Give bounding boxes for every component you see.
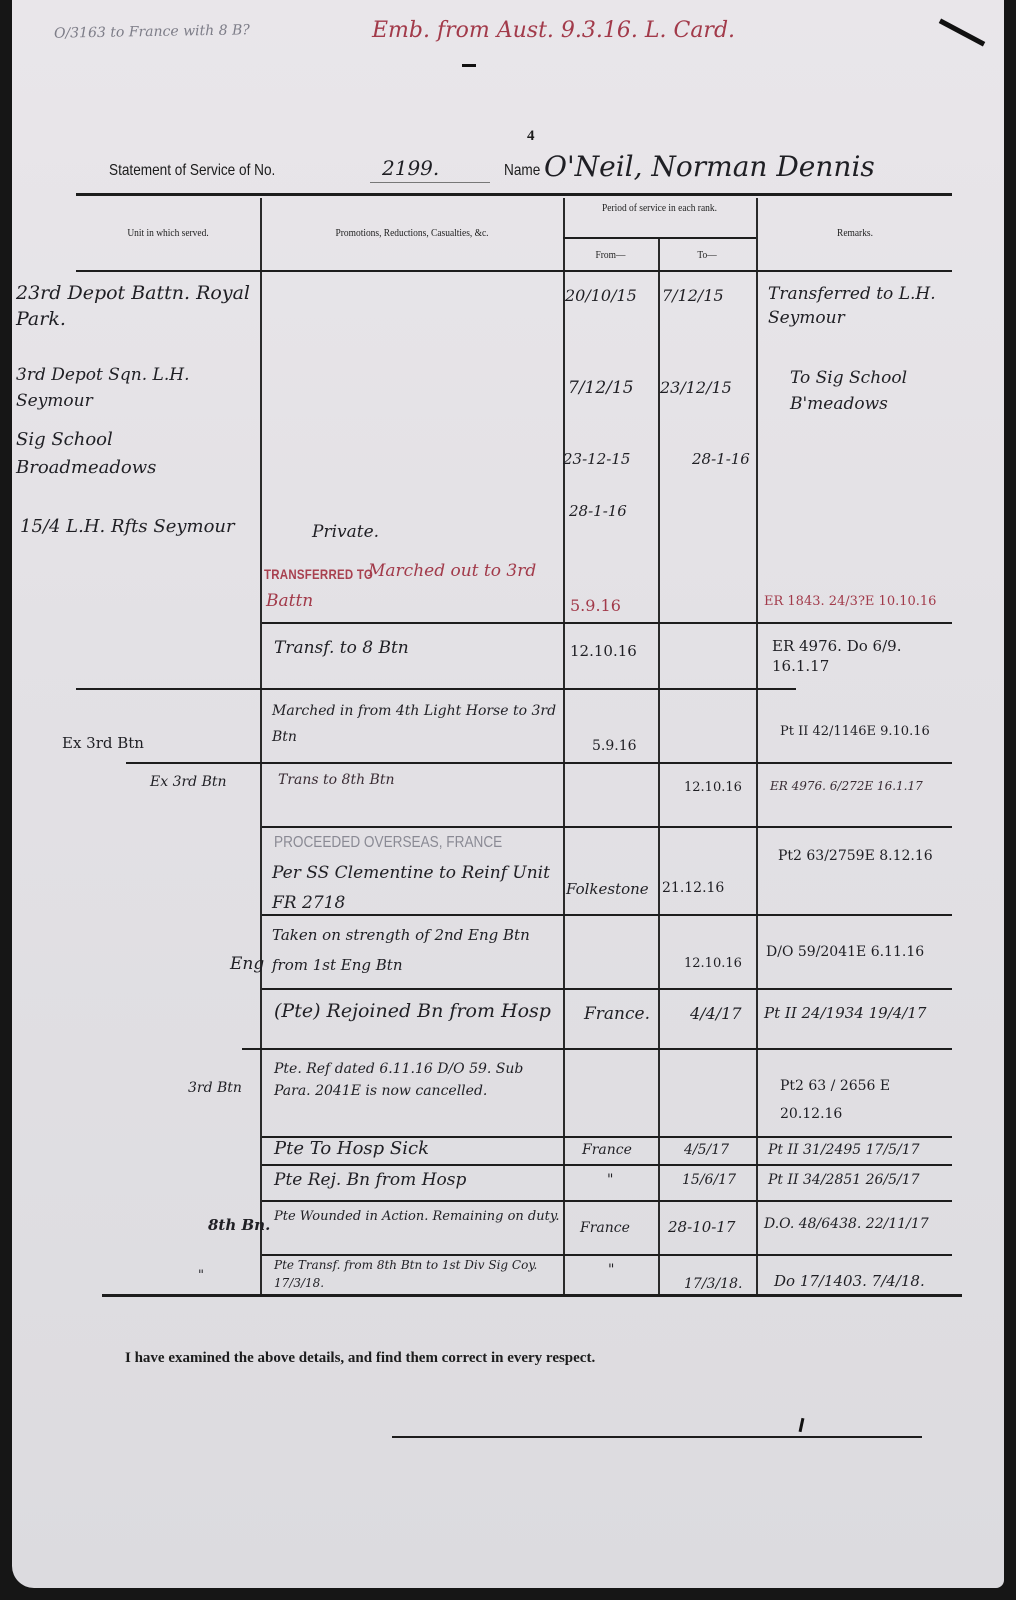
- row-0-unit: 23rd Depot Battn. Royal Park.: [16, 280, 256, 332]
- col-divider-4: [756, 198, 758, 1294]
- row-5-from: 12.10.16: [570, 642, 637, 660]
- table-top-rule: [76, 193, 952, 196]
- header-from: From—: [568, 250, 654, 261]
- service-number: 2199.: [382, 156, 439, 180]
- row-11-promotions: Pte. Ref dated 6.11.16 D/O 59. Sub Para.…: [274, 1058, 564, 1102]
- header-promotions: Promotions, Reductions, Casualties, &c.: [277, 228, 547, 239]
- col-divider-1: [260, 198, 262, 1294]
- row-9-unit: Eng: [230, 954, 264, 974]
- row-1-from: 7/12/15: [568, 378, 634, 398]
- ink-smudge: [939, 19, 985, 47]
- row-12-promotions: Pte To Hosp Sick: [274, 1138, 429, 1159]
- row-9-promotions: Taken on strength of 2nd Eng Btn from 1s…: [272, 920, 562, 980]
- row-15-promotions: Pte Transf. from 8th Btn to 1st Div Sig …: [274, 1256, 564, 1292]
- row-5-remarks: ER 4976. Do 6/9. 16.1.17: [772, 636, 952, 676]
- row-14-from: France: [580, 1220, 630, 1236]
- row-2-unit: Sig School Broadmeadows: [16, 426, 256, 482]
- row-15-unit: ": [198, 1268, 204, 1283]
- row-12-to: 4/5/17: [684, 1142, 729, 1158]
- row-4-remarks: ER 1843. 24/3?E 10.10.16: [764, 594, 936, 609]
- red-embarkation-note: Emb. from Aust. 9.3.16. L. Card.: [372, 18, 735, 43]
- row-12-from: France: [582, 1142, 632, 1158]
- row-13-remarks: Pt II 34/2851 26/5/17: [768, 1172, 920, 1188]
- row-15-remarks: Do 17/1403. 7/4/18.: [774, 1272, 925, 1290]
- row-1-remarks: To Sig School B'meadows: [790, 365, 960, 417]
- row-1-to: 23/12/15: [660, 378, 732, 397]
- row-5-promotions: Transf. to 8 Btn: [274, 638, 409, 658]
- row-9-remarks: D/O 59/2041E 6.11.16: [766, 944, 924, 960]
- col-divider-2: [563, 198, 565, 1294]
- pencil-note-top: O/3163 to France with 8 B?: [54, 22, 250, 41]
- row-3-from: 28-1-16: [569, 502, 627, 520]
- row-6-unit: Ex 3rd Btn: [62, 734, 144, 752]
- row-rule: [262, 988, 952, 990]
- row-rule: [262, 1200, 952, 1202]
- row-7-unit: Ex 3rd Btn: [150, 774, 227, 790]
- page-number: 4: [527, 128, 535, 145]
- table-bottom-rule: [102, 1294, 962, 1297]
- row-15-to: 17/3/18.: [684, 1276, 742, 1292]
- header-bottom-rule: [76, 270, 952, 272]
- row-13-from: ": [607, 1172, 613, 1188]
- row-6-promotions: Marched in from 4th Light Horse to 3rd B…: [272, 698, 562, 750]
- row-9-to: 12.10.16: [684, 956, 742, 971]
- period-sub-rule: [563, 237, 756, 239]
- row-rule: [262, 622, 952, 624]
- row-rule: [242, 1048, 952, 1050]
- row-14-to: 28-10-17: [668, 1218, 735, 1236]
- service-record-page: O/3163 to France with 8 B? Emb. from Aus…: [12, 0, 1004, 1588]
- row-10-from: France.: [584, 1004, 650, 1024]
- row-2-from: 23-12-15: [563, 450, 630, 468]
- row-0-to: 7/12/15: [662, 286, 724, 305]
- proceeded-overseas-stamp: PROCEEDED OVERSEAS, FRANCE: [274, 834, 502, 852]
- row-8-from: Folkestone: [566, 880, 649, 898]
- soldier-name: O'Neil, Norman Dennis: [544, 150, 875, 183]
- row-2-to: 28-1-16: [692, 450, 750, 468]
- row-1-unit: 3rd Depot Sqn. L.H. Seymour: [16, 362, 256, 414]
- header-period: Period of service in each rank.: [594, 203, 725, 215]
- row-7-remarks: ER 4976. 6/272E 16.1.17: [770, 776, 950, 796]
- header-remarks: Remarks.: [768, 228, 943, 239]
- row-14-promotions: Pte Wounded in Action. Remaining on duty…: [274, 1206, 564, 1228]
- row-14-unit: 8th Bn.: [208, 1216, 270, 1234]
- header-unit: Unit in which served.: [85, 228, 251, 239]
- row-rule: [262, 826, 952, 828]
- row-8-to: 21.12.16: [662, 880, 724, 896]
- number-underline: [370, 182, 490, 183]
- row-10-remarks: Pt II 24/1934 19/4/17: [764, 1004, 926, 1022]
- row-10-promotions: (Pte) Rejoined Bn from Hosp: [274, 996, 564, 1026]
- row-10-to: 4/4/17: [690, 1004, 742, 1023]
- row-7-promotions: Trans to 8th Btn: [278, 772, 394, 788]
- row-rule: [262, 1164, 952, 1166]
- row-rule: [262, 914, 952, 916]
- row-rule: [126, 762, 952, 764]
- row-6-remarks: Pt II 42/1146E 9.10.16: [780, 724, 930, 739]
- row-7-to: 12.10.16: [684, 780, 742, 795]
- row-14-remarks: D.O. 48/6438. 22/11/17: [764, 1216, 929, 1232]
- ink-mark: [462, 64, 476, 67]
- row-0-from: 20/10/15: [565, 286, 637, 305]
- row-3-promotions: Private.: [312, 522, 379, 542]
- certification-statement: I have examined the above details, and f…: [125, 1350, 595, 1367]
- row-13-promotions: Pte Rej. Bn from Hosp: [274, 1170, 466, 1190]
- statement-title: Statement of Service of No.: [109, 162, 275, 180]
- row-3-unit: 15/4 L.H. Rfts Seymour: [20, 512, 250, 542]
- row-13-to: 15/6/17: [682, 1172, 736, 1188]
- row-11-unit: 3rd Btn: [188, 1080, 242, 1096]
- row-6-from: 5.9.16: [592, 738, 637, 754]
- ink-mark: [799, 1418, 805, 1432]
- row-rule: [76, 688, 796, 690]
- row-11-remarks: Pt2 63 / 2656 E 20.12.16: [780, 1072, 952, 1128]
- row-4-promotions: Marched out to 3rd Battn: [266, 556, 566, 616]
- row-12-remarks: Pt II 31/2495 17/5/17: [768, 1142, 920, 1158]
- row-8-promotions: Per SS Clementine to Reinf Unit FR 2718: [272, 858, 572, 918]
- name-label: Name: [504, 162, 540, 180]
- header-to: To—: [663, 250, 751, 261]
- signature-line: [392, 1436, 922, 1438]
- row-15-from: ": [608, 1262, 614, 1278]
- row-4-from: 5.9.16: [570, 596, 621, 615]
- row-0-remarks: Transferred to L.H. Seymour: [768, 282, 958, 330]
- row-8-remarks: Pt2 63/2759E 8.12.16: [778, 848, 933, 864]
